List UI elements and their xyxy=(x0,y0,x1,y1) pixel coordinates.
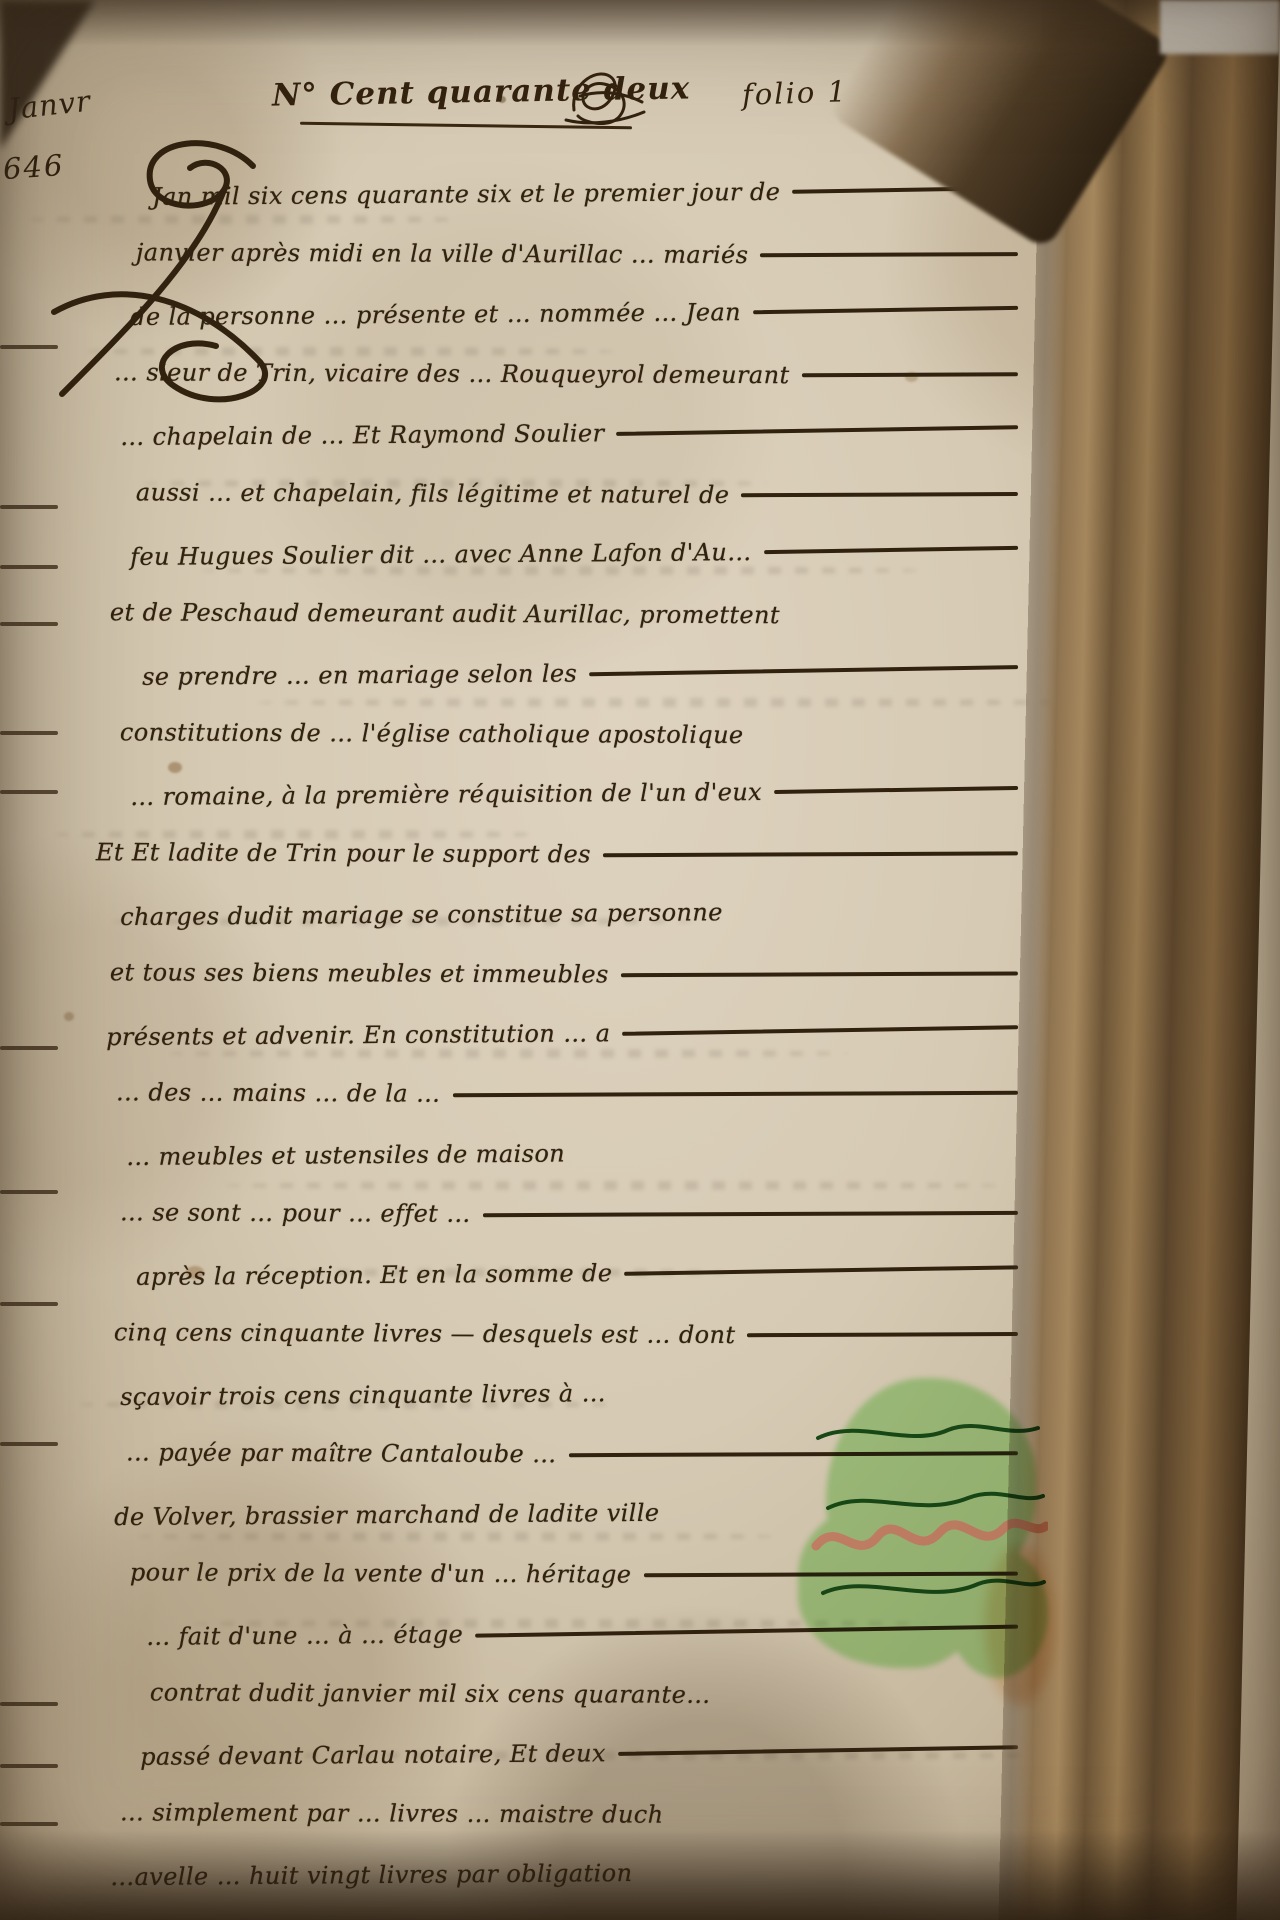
left-margin-dash xyxy=(0,1442,58,1446)
opening-initial-flourish xyxy=(48,128,283,422)
line-filler-stroke xyxy=(621,971,1018,977)
manuscript-line-text: contrat dudit janvier mil six cens quara… xyxy=(150,1678,711,1708)
left-margin-dash xyxy=(0,1302,58,1306)
line-filler-stroke xyxy=(603,851,1018,857)
line-filler-stroke xyxy=(589,665,1018,676)
manuscript-line: Et Et ladite de Trin pour le support des xyxy=(0,806,1018,870)
manuscript-line: et tous ses biens meubles et immeubles xyxy=(0,926,1018,990)
manuscript-line: contrat dudit janvier mil six cens quara… xyxy=(0,1646,1018,1710)
line-filler-stroke xyxy=(475,1625,1018,1638)
manuscript-line: présents et advenir. En constitution … a xyxy=(0,984,1018,1052)
manuscript-line-text: pour le prix de la vente d'un … héritage xyxy=(130,1558,632,1588)
manuscript-line: et de Peschaud demeurant audit Aurillac,… xyxy=(0,566,1018,630)
manuscript-line-text: … se sont … pour … effet … xyxy=(120,1198,471,1228)
line-filler-stroke xyxy=(741,492,1018,497)
manuscript-line: … des … mains … de la … xyxy=(0,1046,1018,1110)
left-margin-dash xyxy=(0,1822,58,1826)
left-margin-dash xyxy=(0,622,58,626)
manuscript-line: passé devant Carlau notaire, Et deux xyxy=(0,1704,1018,1772)
line-filler-stroke xyxy=(569,1451,1018,1457)
manuscript-line: …avelle … huit vingt livres par obligati… xyxy=(0,1824,1018,1892)
line-filler-stroke xyxy=(764,546,1018,554)
manuscript-line: après la réception. Et en la somme de xyxy=(0,1224,1018,1292)
manuscript-line: … se sont … pour … effet … xyxy=(0,1166,1018,1230)
manuscript-line-text: aussi … et chapelain, fils légitime et n… xyxy=(136,478,730,509)
manuscript-line-text: … des … mains … de la … xyxy=(116,1078,441,1107)
manuscript-line: se prendre … en mariage selon les xyxy=(0,624,1018,692)
line-filler-stroke xyxy=(616,425,1018,436)
manuscript-line: feu Hugues Soulier dit … avec Anne Lafon… xyxy=(0,504,1018,572)
left-margin-dash xyxy=(0,1190,58,1194)
manuscript-line: … romaine, à la première réquisition de … xyxy=(0,744,1018,812)
line-filler-stroke xyxy=(753,306,1018,314)
page-fore-edge xyxy=(998,0,1280,1920)
manuscript-photo: Janvr 646 N° Cent quarante deux folio 1 … xyxy=(0,0,1280,1920)
left-margin-dash xyxy=(0,1702,58,1706)
manuscript-line: … fait d'une … à … étage xyxy=(0,1584,1018,1652)
line-filler-stroke xyxy=(643,1572,1017,1578)
manuscript-line: constitutions de … l'église catholique a… xyxy=(0,686,1018,750)
line-filler-stroke xyxy=(483,1211,1018,1217)
left-margin-dash xyxy=(0,505,58,509)
notary-paraph-icon xyxy=(560,62,648,138)
table-backdrop xyxy=(1160,0,1280,54)
manuscript-line: sçavoir trois cens cinquante livres à … xyxy=(0,1344,1018,1412)
manuscript-line: de Volver, brassier marchand de ladite v… xyxy=(0,1464,1018,1532)
line-filler-stroke xyxy=(747,1332,1018,1337)
manuscript-line-text: … payée par maître Cantaloube … xyxy=(126,1438,557,1468)
manuscript-line: aussi … et chapelain, fils légitime et n… xyxy=(0,446,1018,510)
manuscript-line-text: et de Peschaud demeurant audit Aurillac,… xyxy=(110,598,780,629)
line-filler-stroke xyxy=(452,1091,1017,1097)
line-filler-stroke xyxy=(760,252,1018,257)
line-filler-stroke xyxy=(802,372,1018,377)
manuscript-line: … simplement par … livres … maistre duch xyxy=(0,1766,1018,1830)
manuscript-line: cinq cens cinquante livres — desquels es… xyxy=(0,1286,1018,1350)
manuscript-line-text: Et Et ladite de Trin pour le support des xyxy=(96,838,591,868)
left-margin-dash xyxy=(0,1046,58,1050)
manuscript-line-text: constitutions de … l'église catholique a… xyxy=(120,718,744,749)
left-margin-dash xyxy=(0,731,58,735)
binding-corner-shadow xyxy=(0,0,95,150)
line-filler-stroke xyxy=(624,1265,1018,1276)
manuscript-line-text: et tous ses biens meubles et immeubles xyxy=(110,958,609,988)
left-margin-dash xyxy=(0,1764,58,1768)
manuscript-line-text: …avelle … huit vingt livres par obligati… xyxy=(110,1859,632,1891)
line-filler-stroke xyxy=(618,1745,1018,1756)
manuscript-line: … meubles et ustensiles de maison xyxy=(0,1104,1018,1172)
left-margin-dash xyxy=(0,790,58,794)
manuscript-line-text: … simplement par … livres … maistre duch xyxy=(120,1798,664,1828)
line-filler-stroke xyxy=(774,786,1018,794)
left-margin-dash xyxy=(0,565,58,569)
manuscript-line: … payée par maître Cantaloube … xyxy=(0,1406,1018,1470)
manuscript-line-text: cinq cens cinquante livres — desquels es… xyxy=(114,1318,736,1349)
manuscript-line: pour le prix de la vente d'un … héritage xyxy=(0,1526,1018,1590)
manuscript-line: charges dudit mariage se constitue sa pe… xyxy=(0,864,1018,932)
line-filler-stroke xyxy=(622,1025,1018,1036)
